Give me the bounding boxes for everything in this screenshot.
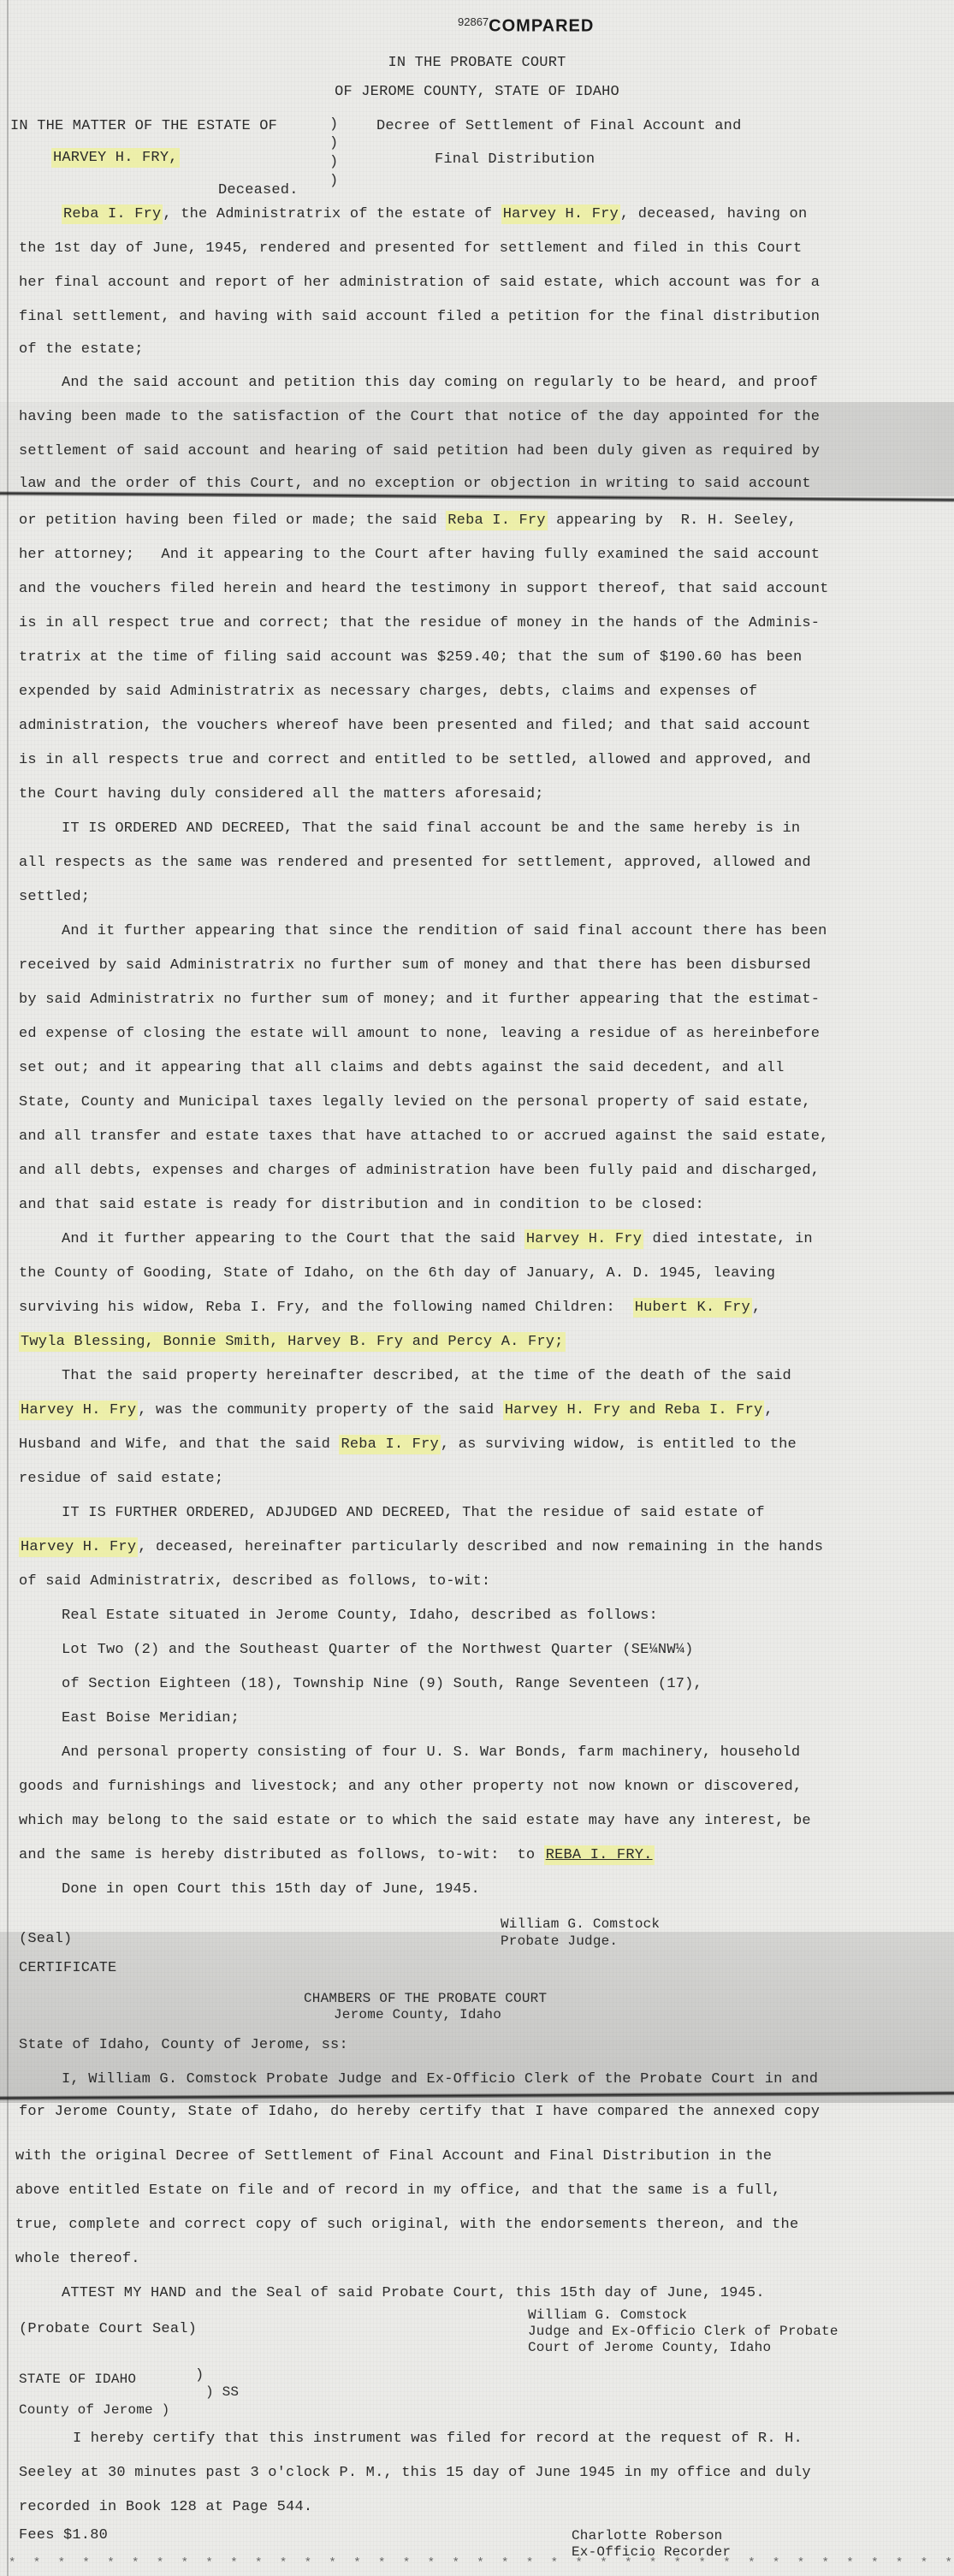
- caption-brace: ) ) ) ): [329, 115, 338, 191]
- property-heading: Real Estate situated in Jerome County, I…: [62, 1607, 658, 1626]
- decree-line: State, County and Municipal taxes legall…: [19, 1093, 811, 1112]
- recording-venue-state: STATE OF IDAHO: [19, 2370, 136, 2389]
- court-jurisdiction: OF JEROME COUNTY, STATE OF IDAHO: [0, 83, 954, 102]
- recording-line: Seeley at 30 minutes past 3 o'clock P. M…: [19, 2464, 811, 2483]
- venue-brace: ): [195, 2366, 204, 2385]
- decree-line: the County of Gooding, State of Idaho, o…: [19, 1264, 775, 1283]
- chambers-county: Jerome County, Idaho: [334, 2005, 501, 2024]
- decree-line: and that said estate is ready for distri…: [19, 1196, 704, 1215]
- decree-line: and all transfer and estate taxes that h…: [19, 1128, 829, 1146]
- estate-matter-line: IN THE MATTER OF THE ESTATE OF: [10, 117, 277, 136]
- decree-line: her attorney; And it appearing to the Co…: [19, 546, 820, 565]
- decree-line: Harvey H. Fry, was the community propert…: [19, 1401, 773, 1420]
- decree-line: having been made to the satisfaction of …: [19, 408, 820, 427]
- property-legal-description: East Boise Meridian;: [62, 1709, 240, 1728]
- decedent-name: HARVEY H. FRY,: [51, 148, 180, 168]
- recording-line: recorded in Book 128 at Page 544.: [19, 2498, 312, 2517]
- certificate-label: CERTIFICATE: [19, 1959, 116, 1978]
- decree-line: That the said property hereinafter descr…: [62, 1367, 791, 1386]
- decree-title-1: Decree of Settlement of Final Account an…: [376, 117, 741, 136]
- judge-name: William G. Comstock: [501, 1915, 660, 1933]
- decree-line: Reba I. Fry, the Administratrix of the e…: [62, 205, 807, 224]
- recording-line: I hereby certify that this instrument wa…: [73, 2430, 803, 2449]
- decree-line: And personal property consisting of four…: [62, 1744, 800, 1762]
- decree-line: law and the order of this Court, and no …: [19, 475, 811, 494]
- decree-line: ed expense of closing the estate will am…: [19, 1025, 820, 1044]
- seal-label: (Seal): [19, 1930, 72, 1949]
- decree-line: the Court having duly considered all the…: [19, 785, 544, 804]
- certificate-line: above entitled Estate on file and of rec…: [15, 2182, 781, 2200]
- decree-line: or petition having been filed or made; t…: [19, 512, 797, 530]
- decree-line: IT IS FURTHER ORDERED, ADJUDGED AND DECR…: [62, 1504, 765, 1523]
- decree-line: received by said Administratrix no furth…: [19, 956, 811, 975]
- decree-line: tratrix at the time of filing said accou…: [19, 648, 802, 667]
- decree-line: settled;: [19, 888, 90, 907]
- recording-venue-ss: ) SS: [205, 2383, 239, 2401]
- judge-title: Probate Judge.: [501, 1932, 618, 1951]
- decree-line: Twyla Blessing, Bonnie Smith, Harvey B. …: [19, 1333, 566, 1352]
- compared-label: COMPARED: [489, 16, 594, 35]
- deceased-label: Deceased.: [218, 181, 299, 200]
- footer-star-divider: * * * * * * * * * * * * * * * * * * * * …: [9, 2556, 954, 2570]
- decree-line: her final account and report of her admi…: [19, 274, 820, 293]
- decree-line: and all debts, expenses and charges of a…: [19, 1162, 820, 1181]
- decree-line: IT IS ORDERED AND DECREED, That the said…: [62, 820, 800, 838]
- decree-date-line: Done in open Court this 15th day of June…: [62, 1880, 480, 1899]
- certificate-line: for Jerome County, State of Idaho, do he…: [19, 2103, 820, 2122]
- decree-line: goods and furnishings and livestock; and…: [19, 1778, 802, 1797]
- decree-line: Husband and Wife, and that the said Reba…: [19, 1436, 797, 1454]
- decree-line: is in all respect true and correct; that…: [19, 614, 820, 633]
- decree-line: of said Administratrix, described as fol…: [19, 1572, 490, 1591]
- decree-line: And it further appearing that since the …: [62, 922, 827, 941]
- certificate-line: I, William G. Comstock Probate Judge and…: [62, 2070, 818, 2089]
- attest-line: ATTEST MY HAND and the Seal of said Prob…: [62, 2284, 765, 2303]
- decree-line: the 1st day of June, 1945, rendered and …: [19, 240, 802, 258]
- decree-line: is in all respects true and correct and …: [19, 751, 811, 770]
- left-margin-line: [7, 0, 9, 2576]
- decree-line: And the said account and petition this d…: [62, 374, 818, 393]
- probate-court-seal-label: (Probate Court Seal): [19, 2320, 197, 2339]
- decree-line: of the estate;: [19, 341, 144, 359]
- distributee-name: REBA I. FRY.: [544, 1845, 655, 1865]
- decree-line: by said Administratrix no further sum of…: [19, 991, 820, 1010]
- decree-line: administration, the vouchers whereof hav…: [19, 717, 811, 736]
- fees-label: Fees $1.80: [19, 2526, 108, 2545]
- certificate-line: true, complete and correct copy of such …: [15, 2216, 798, 2235]
- decree-title-2: Final Distribution: [435, 151, 595, 169]
- compared-stamp: 92867COMPARED: [458, 15, 594, 36]
- property-legal-description: of Section Eighteen (18), Township Nine …: [62, 1675, 702, 1694]
- certificate-line: whole thereof.: [15, 2250, 140, 2269]
- certificate-line: with the original Decree of Settlement o…: [15, 2147, 772, 2166]
- decree-line: expended by said Administratrix as neces…: [19, 683, 757, 702]
- decree-line: which may belong to the said estate or t…: [19, 1812, 811, 1831]
- decree-line: set out; and it appearing that all claim…: [19, 1059, 785, 1078]
- decree-line: and the same is hereby distributed as fo…: [19, 1846, 655, 1865]
- decree-line: And it further appearing to the Court th…: [62, 1230, 813, 1249]
- recording-venue-county: County of Jerome ): [19, 2401, 169, 2419]
- court-name: IN THE PROBATE COURT: [0, 54, 954, 73]
- decree-line: surviving his widow, Reba I. Fry, and th…: [19, 1299, 761, 1318]
- property-legal-description: Lot Two (2) and the Southeast Quarter of…: [62, 1641, 694, 1660]
- decree-line: residue of said estate;: [19, 1470, 223, 1489]
- decree-line: final settlement, and having with said a…: [19, 308, 820, 327]
- clerk-title-2: Court of Jerome County, Idaho: [528, 2338, 771, 2357]
- scanned-document-page: 92867COMPARED IN THE PROBATE COURT OF JE…: [0, 0, 954, 2576]
- certificate-venue: State of Idaho, County of Jerome, ss:: [19, 2036, 348, 2055]
- decree-line: all respects as the same was rendered an…: [19, 854, 811, 873]
- decree-line: settlement of said account and hearing o…: [19, 442, 820, 461]
- decree-line: Harvey H. Fry, deceased, hereinafter par…: [19, 1538, 823, 1557]
- record-number: 92867: [458, 15, 489, 28]
- decree-line: and the vouchers filed herein and heard …: [19, 580, 829, 599]
